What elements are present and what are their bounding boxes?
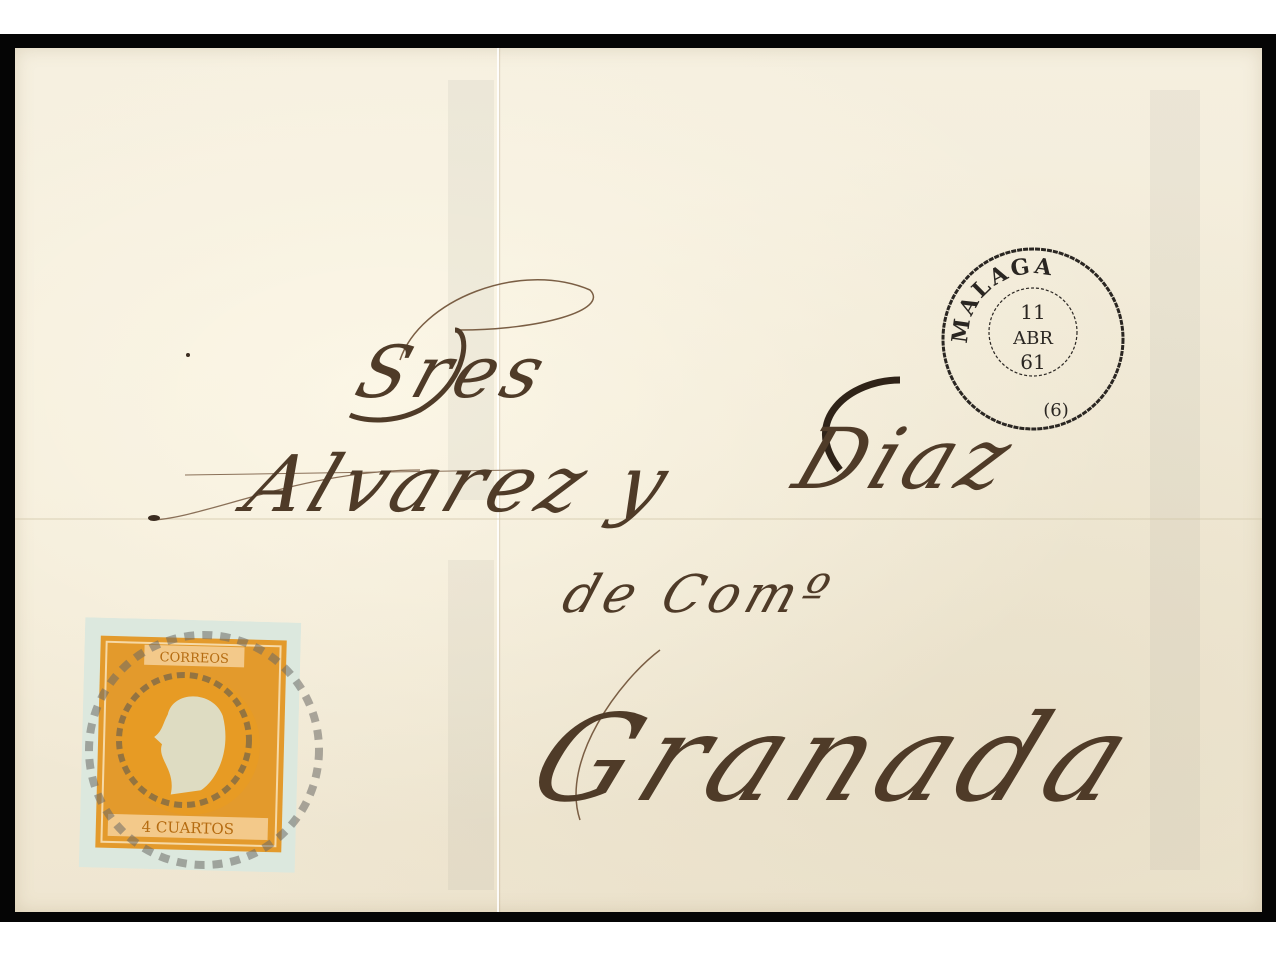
postmark-year: 61 bbox=[1020, 350, 1045, 374]
postmark-number: (6) bbox=[1043, 400, 1069, 421]
address-line-sres: Sres bbox=[346, 330, 561, 414]
ink-dot bbox=[148, 515, 160, 521]
address-line-de-com: de Comº bbox=[555, 565, 842, 625]
postmark-month: ABR bbox=[1012, 328, 1053, 349]
ink-dot bbox=[186, 353, 190, 357]
postmark-day: 11 bbox=[1020, 300, 1045, 324]
address-line-granada: Granada bbox=[512, 690, 1160, 829]
grill-cancel bbox=[64, 630, 344, 870]
malaga-postmark: MALAGA 11 ABR 61 (6) bbox=[938, 244, 1128, 434]
address-line-alvarez: Alvarez y bbox=[234, 440, 686, 530]
